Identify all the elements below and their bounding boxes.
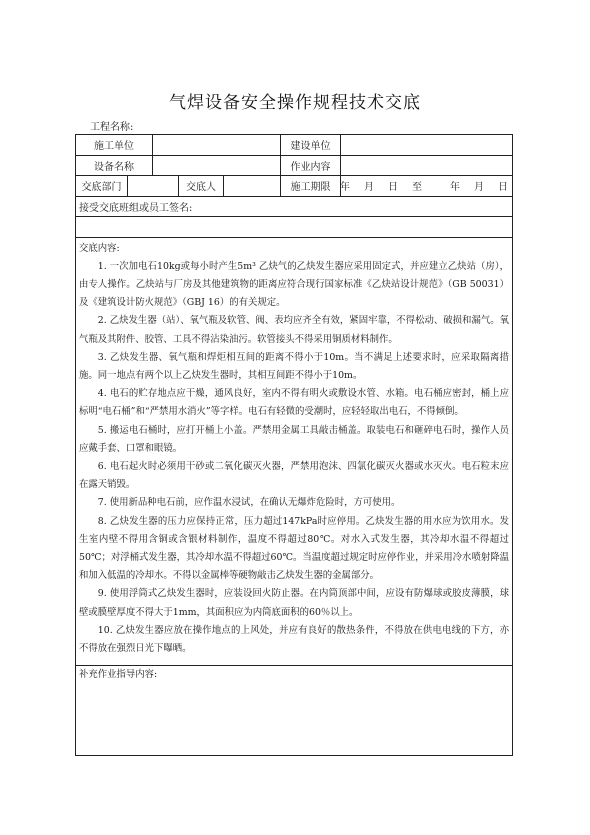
supplement-label: 补充作业指导内容:	[79, 668, 509, 682]
content-item-10: 10. 乙炔发生器应放在操作地点的上风处，并应有良好的散热条件，不得放在供电电线…	[79, 622, 509, 658]
builder-unit-label: 建设单位	[281, 135, 341, 155]
form-row-equipment: 设备名称 作业内容	[76, 156, 512, 177]
disclosure-form: 施工单位 建设单位 设备名称 作业内容 交底部门 交底人 施工期限 年 月 日 …	[75, 134, 513, 756]
signature-field[interactable]	[76, 217, 512, 237]
construction-unit-label: 施工单位	[76, 135, 153, 155]
project-name-label: 工程名称:	[90, 118, 133, 133]
content-item-1: 1. 一次加电石10kg或每小时产生5m³ 乙炔气的乙炔发生器应采用固定式，并应…	[79, 258, 509, 313]
content-item-3: 3. 乙炔发生器、氧气瓶和焊炬相互间的距离不得小于10m。当不满足上述要求时，应…	[79, 349, 509, 385]
work-content-field[interactable]	[341, 156, 512, 176]
presenter-label: 交底人	[179, 176, 224, 196]
department-field[interactable]	[128, 176, 179, 196]
period-month-end: 月	[474, 178, 484, 193]
content-item-4: 4. 电石的贮存地点应干燥，通风良好，室内不得有明火或敷设水管、水箱。电石桶应密…	[79, 385, 509, 421]
content-item-9: 9. 使用浮筒式乙炔发生器时，应装设回火防止器。在内筒顶部中间，应设有防爆球或胶…	[79, 585, 509, 621]
equipment-name-field[interactable]	[153, 156, 281, 176]
period-year-end: 年	[450, 178, 460, 193]
period-field[interactable]: 年 月 日 至 年 月 日	[341, 176, 512, 196]
signature-label: 接受交底班组或员工签名:	[76, 197, 512, 217]
work-content-label: 作业内容	[281, 156, 341, 176]
content-item-2: 2. 乙炔发生器（站）、氧气瓶及软管、阀、表均应齐全有效，紧固牢靠，不得松动、破…	[79, 312, 509, 348]
period-label: 施工期限	[281, 176, 341, 196]
supplement-section[interactable]: 补充作业指导内容:	[76, 666, 512, 755]
period-to: 至	[412, 178, 422, 193]
content-item-8: 8. 乙炔发生器的压力应保持正常，压力超过147kPa时应停用。乙炔发生器的用水…	[79, 513, 509, 586]
disclosure-content: 交底内容: 1. 一次加电石10kg或每小时产生5m³ 乙炔气的乙炔发生器应采用…	[76, 238, 512, 666]
content-item-6: 6. 电石起火时必须用干砂或二氧化碳灭火器，严禁用泡沫、四氯化碳灭火器或水灭火。…	[79, 458, 509, 494]
presenter-field[interactable]	[224, 176, 281, 196]
document-title: 气焊设备安全操作规程技术交底	[0, 88, 590, 113]
equipment-name-label: 设备名称	[76, 156, 153, 176]
department-label: 交底部门	[76, 176, 128, 196]
signature-row	[76, 217, 512, 238]
builder-unit-field[interactable]	[341, 135, 512, 155]
period-year-start: 年	[341, 178, 350, 193]
signature-label-row: 接受交底班组或员工签名:	[76, 197, 512, 218]
period-day-start: 日	[388, 178, 398, 193]
form-row-disclosure: 交底部门 交底人 施工期限 年 月 日 至 年 月 日	[76, 176, 512, 197]
content-item-7: 7. 使用新品种电石前，应作温水浸试，在确认无爆炸危险时，方可使用。	[79, 494, 509, 512]
form-row-units: 施工单位 建设单位	[76, 135, 512, 156]
period-day-end: 日	[498, 178, 508, 193]
period-month-start: 月	[364, 178, 374, 193]
content-item-5: 5. 搬运电石桶时，应打开桶上小盖。严禁用金属工具敲击桶盖。取装电石和砸碎电石时…	[79, 422, 509, 458]
construction-unit-field[interactable]	[153, 135, 281, 155]
content-label: 交底内容:	[79, 240, 509, 258]
